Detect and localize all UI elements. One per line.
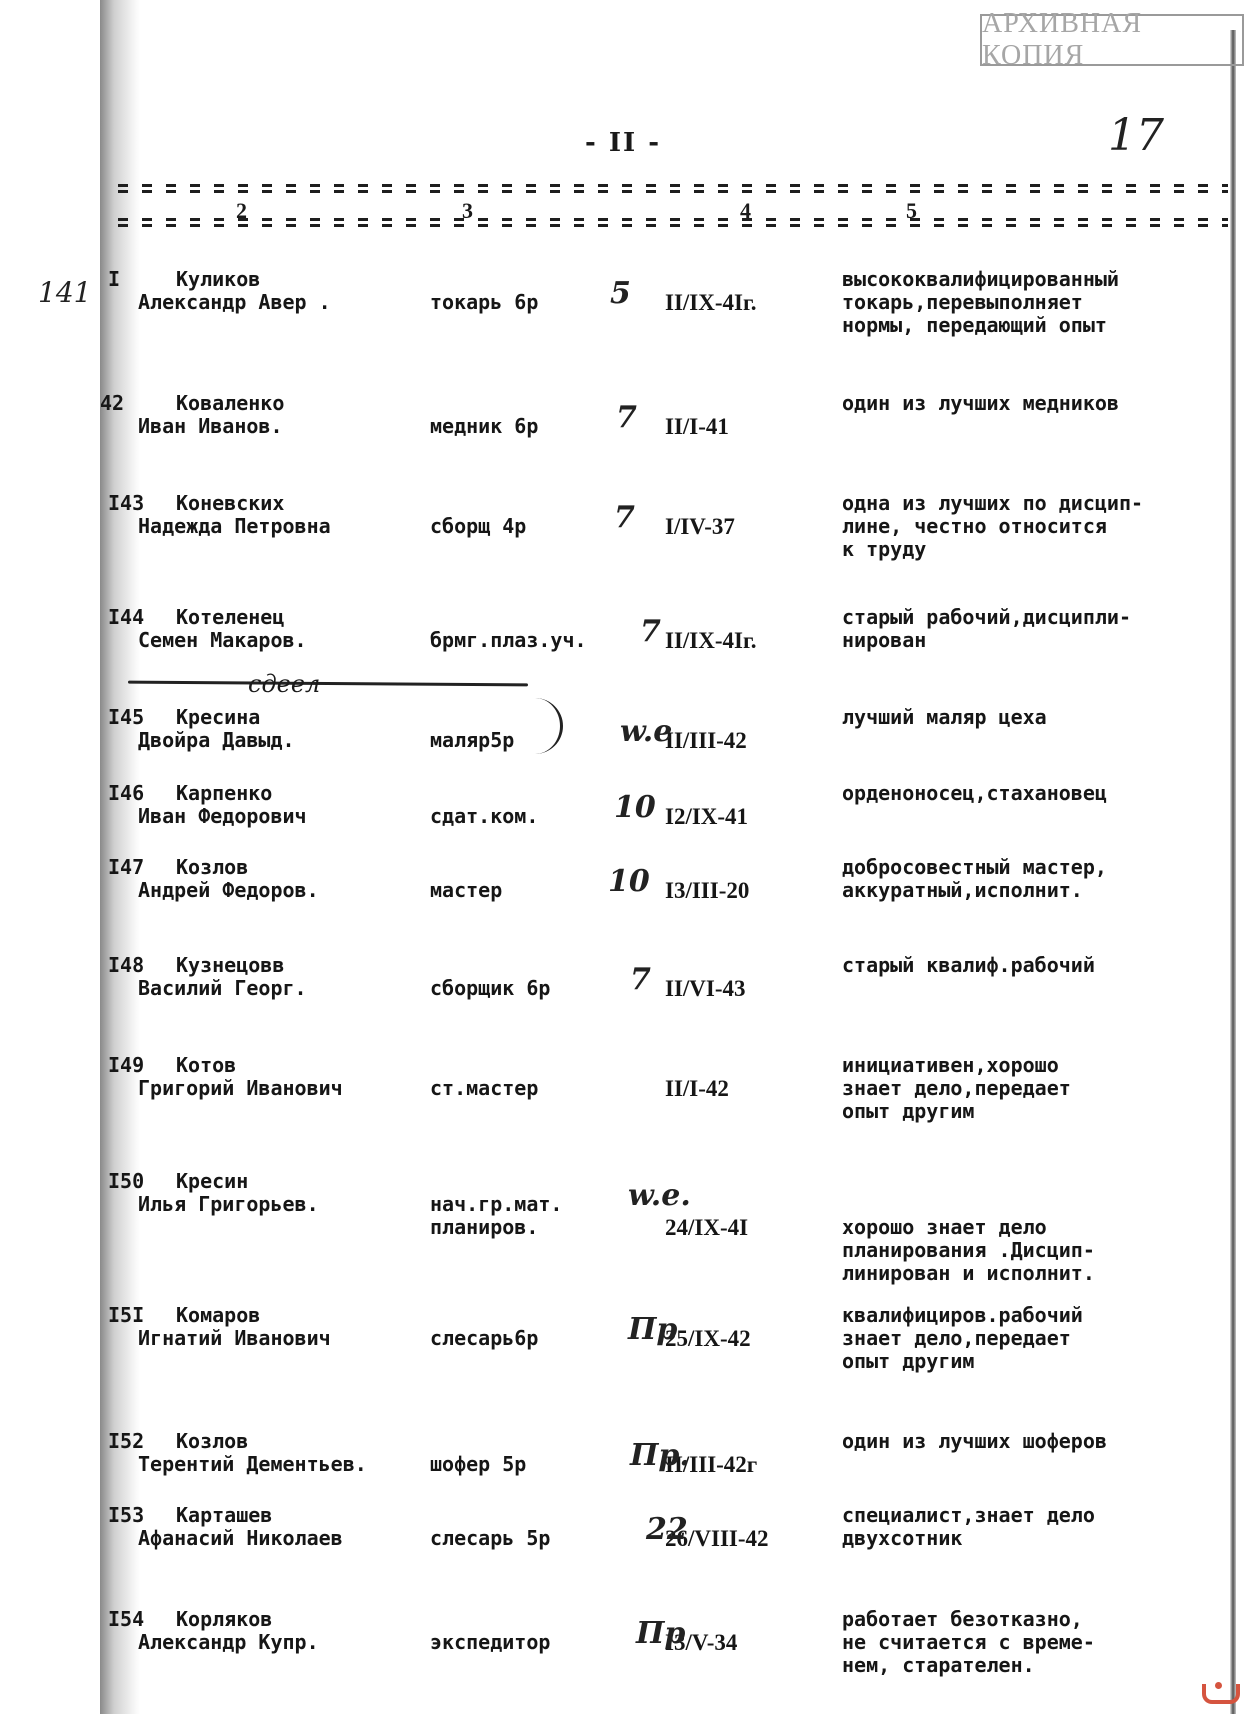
- given-name: Двойра Давыд.: [138, 729, 295, 752]
- job-title: маляр5р: [430, 729, 514, 752]
- hire-date: II/VI-43: [665, 977, 746, 1000]
- hire-date: II/III-42: [665, 729, 747, 752]
- surname: Кресин: [176, 1170, 248, 1193]
- handwritten-mark: Пр: [628, 1312, 677, 1347]
- column-number-4: 4: [740, 198, 751, 224]
- job-title: слесарь 5р: [430, 1527, 550, 1550]
- characteristic-line: работает безотказно,: [842, 1608, 1083, 1631]
- column-number-2: 2: [236, 198, 247, 224]
- characteristic-line: хорошо знает дело: [842, 1216, 1047, 1239]
- surname: Корляков: [176, 1608, 272, 1631]
- surname: Козлов: [176, 1430, 248, 1453]
- surname: Карпенко: [176, 782, 272, 805]
- characteristic-line: не считается с време-: [842, 1631, 1095, 1654]
- hire-date: I3/III-20: [665, 879, 749, 902]
- entry-number: I44: [108, 606, 144, 629]
- entry-number: I49: [108, 1054, 144, 1077]
- hire-date: II/I-42: [665, 1077, 729, 1100]
- handwritten-bracket: [520, 698, 563, 754]
- hire-date: 25/IX-42: [665, 1327, 751, 1350]
- hire-date: II/IX-4Iг.: [665, 629, 757, 652]
- entry-number: I5I: [108, 1304, 144, 1327]
- surname: Котов: [176, 1054, 236, 1077]
- entry-number: I46: [108, 782, 144, 805]
- entry-number: I53: [108, 1504, 144, 1527]
- hire-date: I/IV-37: [665, 515, 735, 538]
- archive-copy-stamp: АРХИВНАЯ КОПИЯ: [980, 14, 1244, 66]
- handwritten-mark: 7: [640, 614, 661, 649]
- job-title: ст.мастер: [430, 1077, 538, 1100]
- job-title: сдат.ком.: [430, 805, 538, 828]
- handwritten-mark: 22: [646, 1512, 688, 1547]
- given-name: Александр Купр.: [138, 1631, 319, 1654]
- watermark-logo-icon: [1202, 1684, 1240, 1704]
- handwritten-mark: 7: [614, 500, 635, 535]
- given-name: Александр Авер .: [138, 291, 331, 314]
- handwritten-mark: 7: [630, 962, 651, 997]
- handwritten-note: сдеел: [248, 670, 320, 698]
- given-name: Афанасий Николаев: [138, 1527, 343, 1550]
- entry-number: I47: [108, 856, 144, 879]
- handwritten-mark: Пр: [636, 1616, 685, 1651]
- entry-number: I45: [108, 706, 144, 729]
- characteristic-line: нирован: [842, 629, 926, 652]
- column-number-5: 5: [906, 198, 917, 224]
- given-name: Терентий Дементьев.: [138, 1453, 367, 1476]
- entry-number: 42: [100, 392, 124, 415]
- page-number: - II -: [0, 128, 1246, 158]
- characteristic-line: аккуратный,исполнит.: [842, 879, 1083, 902]
- entry-number: I54: [108, 1608, 144, 1631]
- given-name: Василий Георг.: [138, 977, 307, 1000]
- characteristic-line: токарь,перевыполняет: [842, 291, 1083, 314]
- characteristic-line: инициативен,хорошо: [842, 1054, 1059, 1077]
- handwritten-mark: 7: [616, 400, 637, 435]
- characteristic-line: знает дело,передает: [842, 1327, 1071, 1350]
- handwritten-mark: Пр.: [630, 1438, 690, 1473]
- given-name: Григорий Иванович: [138, 1077, 343, 1100]
- given-name: Иван Федорович: [138, 805, 307, 828]
- surname: Кузнецовв: [176, 954, 284, 977]
- separator-line-top: [118, 184, 1228, 194]
- characteristic-line: один из лучших медников: [842, 392, 1119, 415]
- handwritten-mark: w.e: [620, 714, 672, 749]
- given-name: Андрей Федоров.: [138, 879, 319, 902]
- given-name: Надежда Петровна: [138, 515, 331, 538]
- handwritten-strike-line: [128, 681, 528, 687]
- job-title: экспедитор: [430, 1631, 550, 1654]
- entry-number: I50: [108, 1170, 144, 1193]
- handwritten-mark: w.e.: [628, 1178, 691, 1213]
- characteristic-line: старый квалиф.рабочий: [842, 954, 1095, 977]
- characteristic-line: одна из лучших по дисцип-: [842, 492, 1143, 515]
- surname: Комаров: [176, 1304, 260, 1327]
- characteristic-line: специалист,знает дело: [842, 1504, 1095, 1527]
- characteristic-line: опыт другим: [842, 1350, 974, 1373]
- characteristic-line: опыт другим: [842, 1100, 974, 1123]
- job-title: сборщик 6р: [430, 977, 550, 1000]
- characteristic-line: знает дело,передает: [842, 1077, 1071, 1100]
- handwritten-mark: 10: [614, 790, 656, 825]
- job-title: мастер: [430, 879, 502, 902]
- entry-number: I52: [108, 1430, 144, 1453]
- hire-date: 24/IX-4I: [665, 1216, 748, 1239]
- given-name: Илья Григорьев.: [138, 1193, 319, 1216]
- given-name: Семен Макаров.: [138, 629, 307, 652]
- entry-number: I48: [108, 954, 144, 977]
- page-right-edge: [1230, 30, 1236, 1714]
- job-title: слесарь6р: [430, 1327, 538, 1350]
- characteristic-line: орденоносец,стахановец: [842, 782, 1107, 805]
- characteristic-line: планирования .Дисцип-: [842, 1239, 1095, 1262]
- handwritten-mark: 5: [610, 276, 631, 311]
- job-title: брмг.плаз.уч.: [430, 629, 587, 652]
- handwritten-mark: 10: [608, 864, 650, 899]
- characteristic-line: линирован и исполнит.: [842, 1262, 1095, 1285]
- hire-date: I2/IX-41: [665, 805, 748, 828]
- characteristic-line: квалифициров.рабочий: [842, 1304, 1083, 1327]
- job-title: планиров.: [430, 1216, 538, 1239]
- job-title: медник 6р: [430, 415, 538, 438]
- hire-date: II/IX-4Iг.: [665, 291, 757, 314]
- job-title: нач.гр.мат.: [430, 1193, 562, 1216]
- characteristic-line: старый рабочий,дисципли-: [842, 606, 1131, 629]
- characteristic-line: добросовестный мастер,: [842, 856, 1107, 879]
- surname: Котеленец: [176, 606, 284, 629]
- job-title: сборщ 4р: [430, 515, 526, 538]
- entry-number: I43: [108, 492, 144, 515]
- surname: Коневских: [176, 492, 284, 515]
- given-name: Иван Иванов.: [138, 415, 283, 438]
- separator-line-bottom: [118, 218, 1228, 228]
- surname: Козлов: [176, 856, 248, 879]
- entry-number: I: [108, 268, 120, 291]
- surname: Куликов: [176, 268, 260, 291]
- characteristic-line: к труду: [842, 538, 926, 561]
- column-number-3: 3: [462, 198, 473, 224]
- characteristic-line: высококвалифицированный: [842, 268, 1119, 291]
- characteristic-line: один из лучших шоферов: [842, 1430, 1107, 1453]
- scan-margin: [0, 0, 104, 1714]
- margin-number: 141: [38, 276, 91, 309]
- characteristic-line: лучший маляр цеха: [842, 706, 1047, 729]
- characteristic-line: лине, честно относится: [842, 515, 1107, 538]
- surname: Коваленко: [176, 392, 284, 415]
- characteristic-line: двухсотник: [842, 1527, 962, 1550]
- given-name: Игнатий Иванович: [138, 1327, 331, 1350]
- hire-date: II/I-41: [665, 415, 729, 438]
- job-title: шофер 5р: [430, 1453, 526, 1476]
- surname: Кресина: [176, 706, 260, 729]
- job-title: токарь 6р: [430, 291, 538, 314]
- characteristic-line: нем, старателен.: [842, 1654, 1035, 1677]
- surname: Карташев: [176, 1504, 272, 1527]
- characteristic-line: нормы, передающий опыт: [842, 314, 1107, 337]
